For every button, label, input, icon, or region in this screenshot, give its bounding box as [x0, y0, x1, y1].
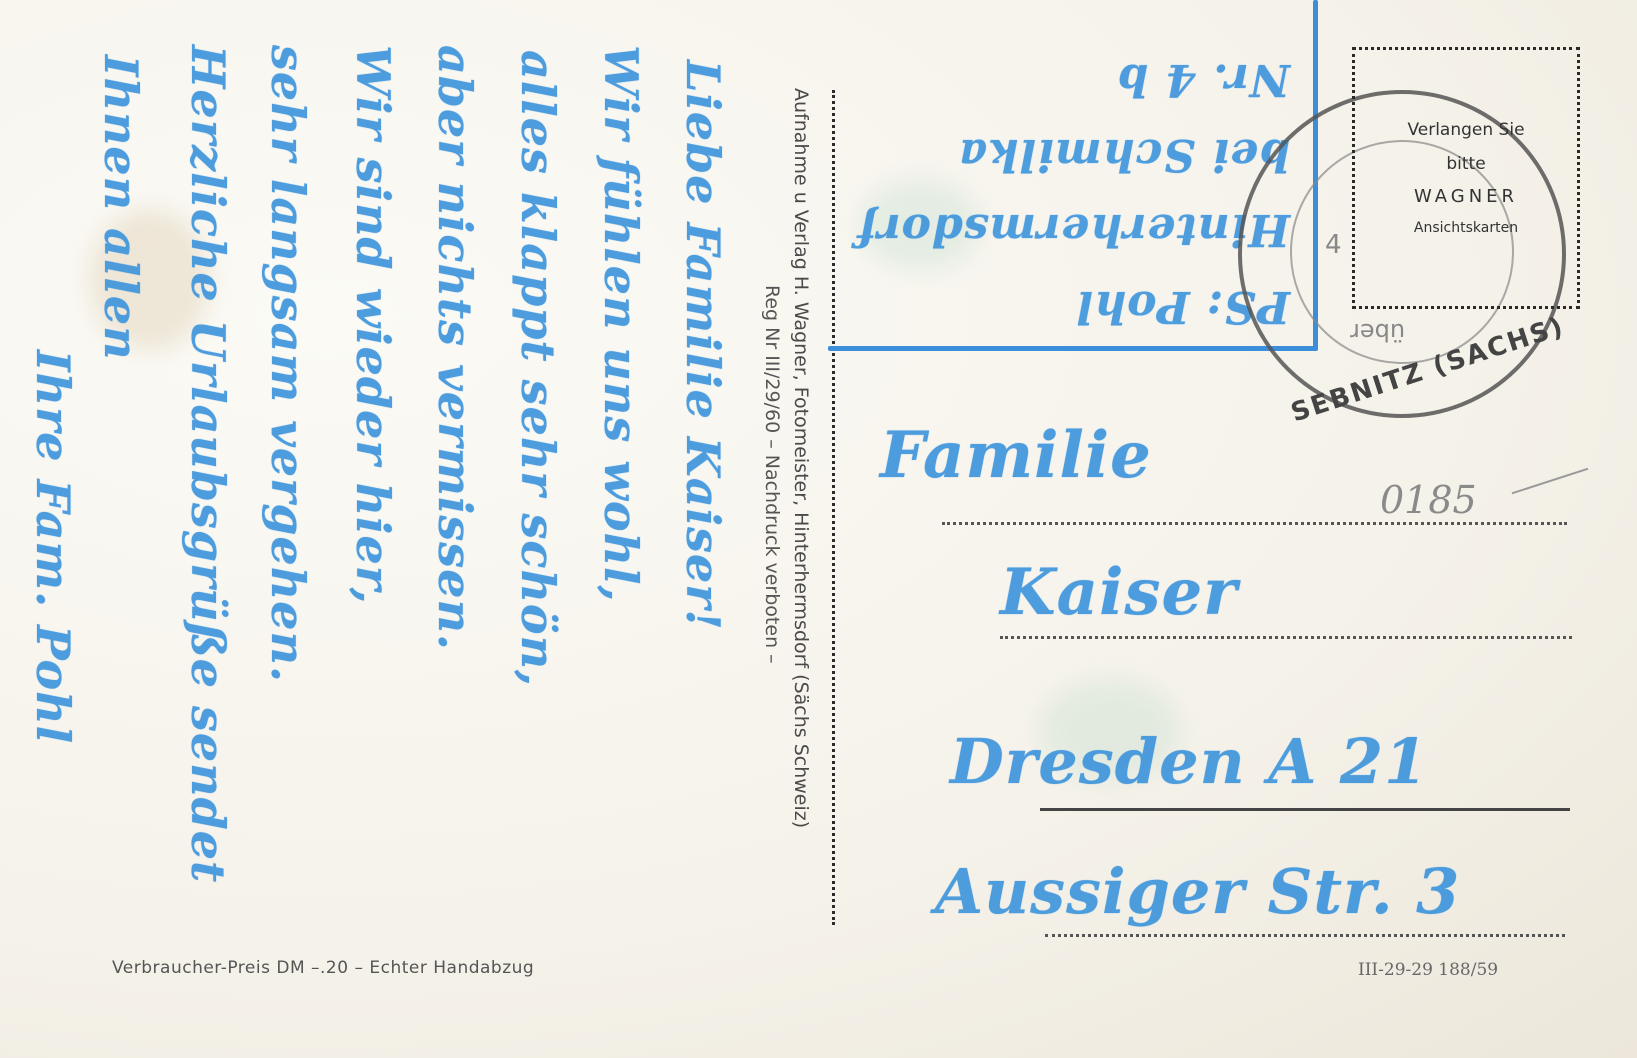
message-line: aber nichts vermissen.: [428, 45, 482, 651]
stamp-area: Verlangen Sie bitte WAGNER Ansichtskarte…: [1352, 47, 1580, 309]
address-line4: Aussiger Str. 3: [935, 855, 1460, 928]
postscript-line: Nr. 4 b: [1116, 54, 1290, 105]
message-line: Ihre Fam. Pohl: [26, 350, 80, 744]
price-line: Verbraucher-Preis DM –.20 – Echter Handa…: [112, 958, 534, 978]
pencil-note: 0185: [1380, 478, 1477, 522]
stamp-text-line3: WAGNER: [1355, 186, 1577, 207]
publisher-imprint-line1: Aufnahme u Verlag H. Wagner, Fotomeister…: [790, 88, 812, 828]
message-line: Ihnen allen: [94, 55, 148, 361]
stamp-text-line2: bitte: [1355, 154, 1577, 174]
message-line: Wir fühlen uns wohl,: [594, 45, 648, 602]
postscript-line: Hinterhermsdorf: [857, 204, 1291, 255]
address-line3: Dresden A 21: [950, 725, 1428, 798]
postcard-back: Liebe Familie Kaiser! Wir fühlen uns woh…: [0, 0, 1637, 1058]
pencil-stroke: [1512, 468, 1589, 495]
message-line: alles klappt sehr schön,: [511, 50, 565, 687]
address-rule-3: [1040, 808, 1570, 811]
postscript-line: bei Schmilka: [958, 129, 1290, 180]
address-rule-4: [1045, 934, 1565, 937]
center-divider: [832, 90, 835, 925]
stamp-text-line4: Ansichtskarten: [1355, 220, 1577, 236]
print-code: III-29-29 188/59: [1358, 960, 1498, 980]
address-rule-2: [1000, 636, 1572, 639]
postscript-border-horizontal: [828, 346, 1318, 351]
message-line: sehr langsam vergehen.: [261, 45, 315, 683]
address-rule-1: [942, 522, 1567, 525]
postmark-via: über: [1350, 318, 1405, 346]
stamp-text-line1: Verlangen Sie: [1355, 120, 1577, 140]
message-line: Liebe Familie Kaiser!: [676, 60, 730, 631]
message-line: Wir sind wieder hier,: [346, 45, 400, 605]
address-line1: Familie: [880, 418, 1152, 493]
message-line: Herzliche Urlaubsgrüße sendet: [181, 45, 235, 883]
address-line2: Kaiser: [1000, 555, 1238, 630]
publisher-imprint-line2: Reg Nr III/29/60 – Nachdruck verboten –: [761, 285, 783, 664]
postscript-upside-down: PS: Pohl Hinterhermsdorf bei Schmilka Nr…: [840, 20, 1310, 340]
postmark-date-fragment: 4: [1325, 230, 1342, 260]
